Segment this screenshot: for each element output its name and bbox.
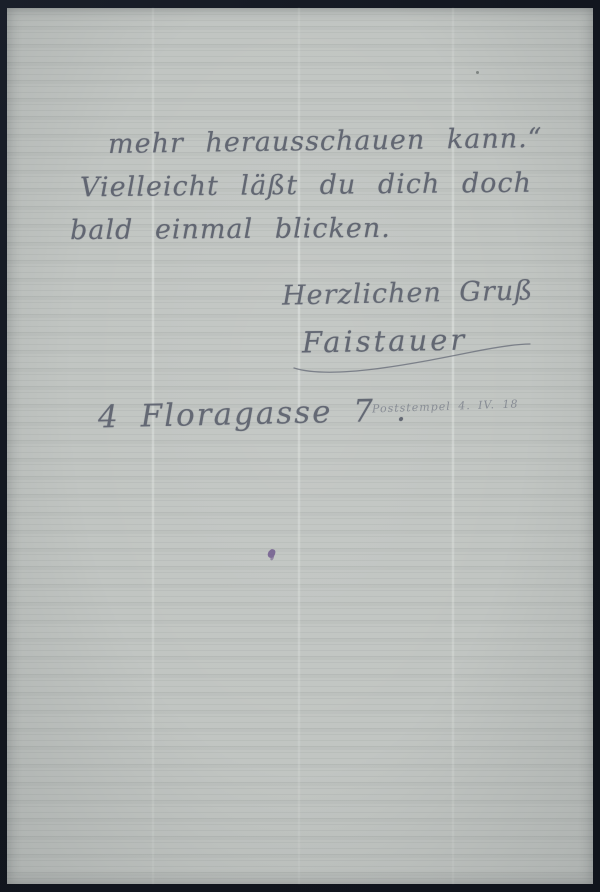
signature: Faistauer (302, 323, 468, 360)
scanned-letter-photo: mehr herausschauen kann.“ Vielleicht läß… (0, 0, 600, 892)
handwritten-line-2: Vielleicht läßt du dich doch (80, 168, 532, 204)
closing-salutation: Herzlichen Gruß (282, 275, 534, 311)
address-line: 4 Floragasse 7 . (98, 392, 408, 435)
handwritten-line-1: mehr herausschauen kann.“ (108, 123, 543, 160)
handwritten-line-3: bald einmal blicken. (70, 213, 391, 246)
paper-speck (476, 71, 479, 74)
